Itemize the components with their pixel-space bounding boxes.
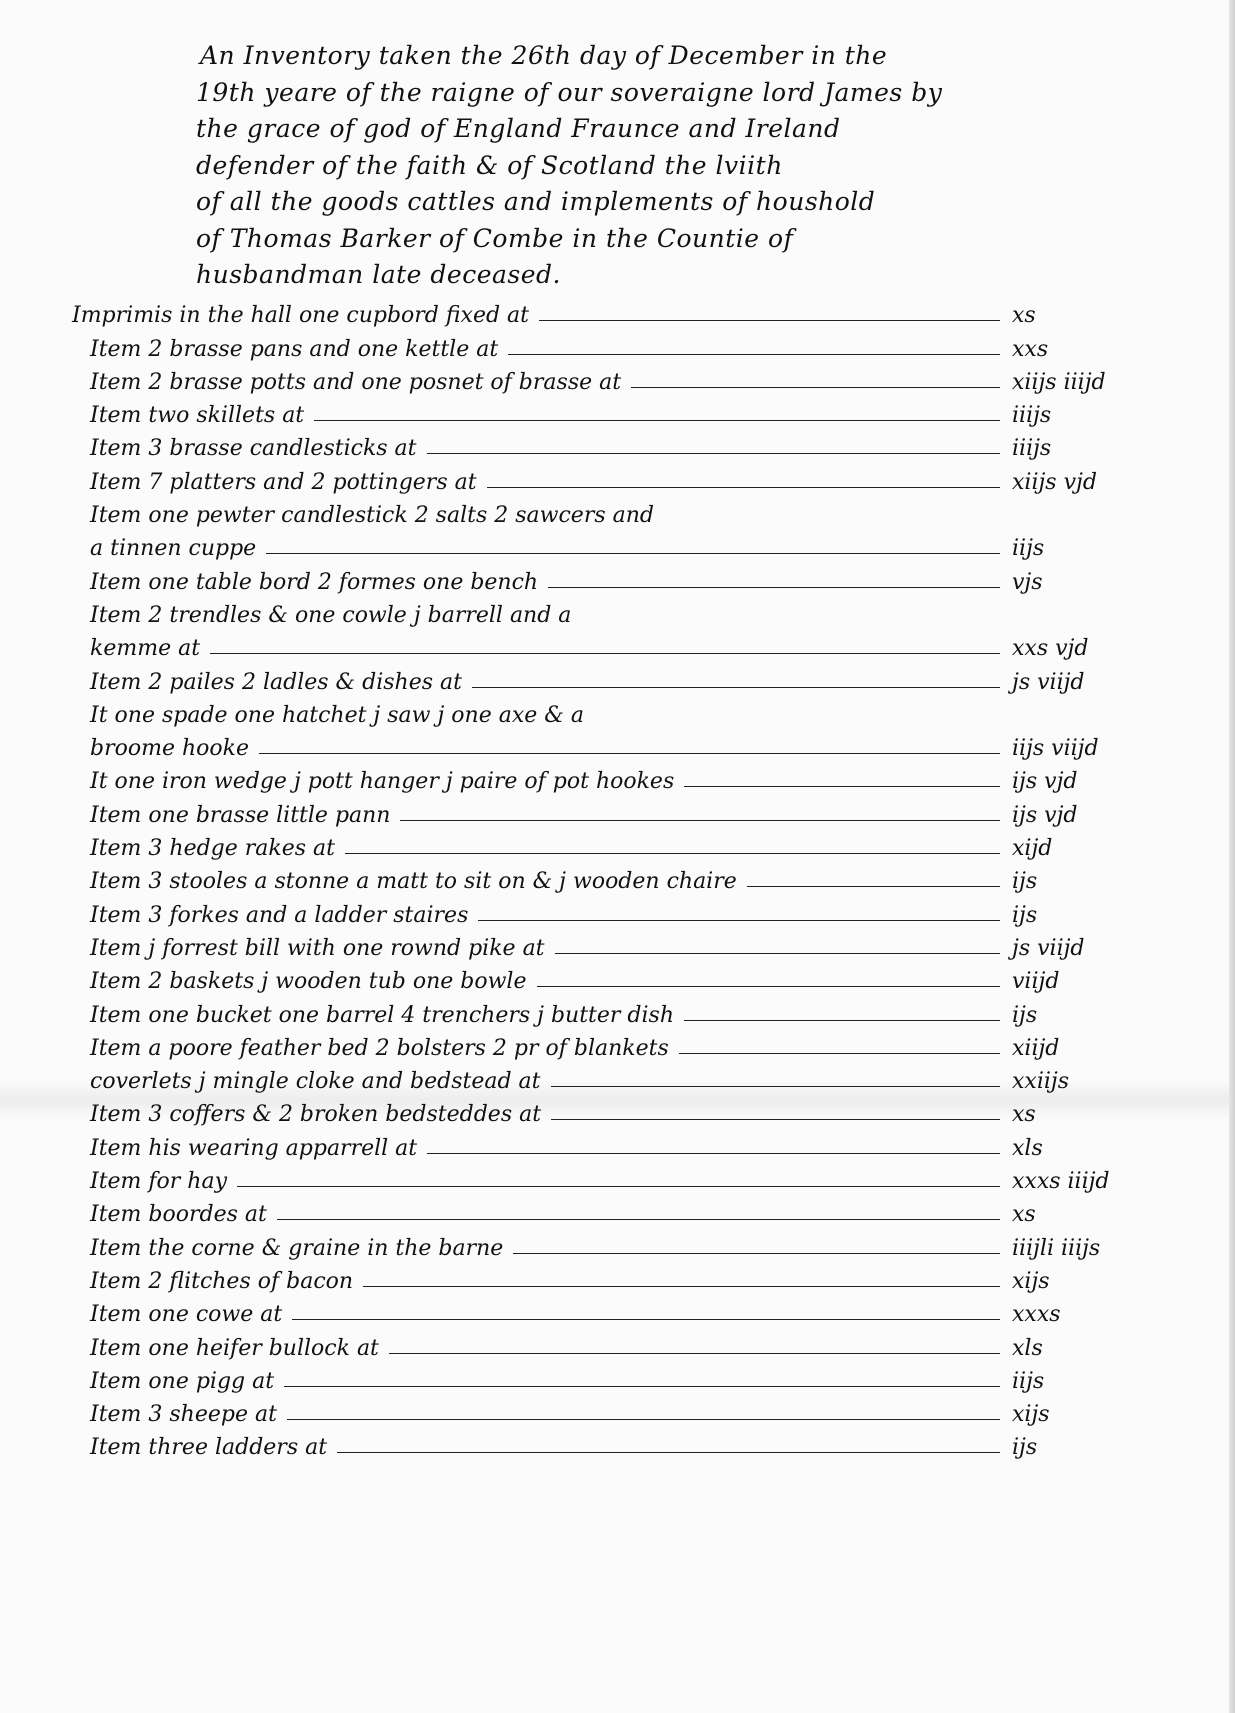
inventory-item-row: Item 2 flitches of baconxijs	[72, 1262, 1172, 1295]
inventory-item-row: Item one pigg atiijs	[72, 1362, 1172, 1395]
leader-rule	[684, 786, 1000, 787]
item-description: Item one heifer bullock at	[72, 1336, 379, 1362]
inventory-item-row: Item one bucket one barrel 4 trenchers j…	[72, 995, 1172, 1028]
item-description: Item one pewter candlestick 2 salts 2 sa…	[72, 503, 654, 529]
leader-rule	[259, 753, 1000, 754]
item-description: Item 3 stooles a stonne a matt to sit on…	[72, 869, 737, 895]
item-value: ijs	[1012, 1003, 1172, 1029]
item-description: Item for hay	[72, 1169, 227, 1195]
leader-rule	[508, 354, 1000, 355]
inventory-item-row: Item 2 trendles & one cowle j barrell an…	[72, 596, 1172, 629]
inventory-item-row: Item 3 sheepe atxijs	[72, 1395, 1172, 1428]
leader-rule	[287, 1419, 1000, 1420]
item-description: Item 2 pailes 2 ladles & dishes at	[72, 670, 462, 696]
item-description: Item 2 flitches of bacon	[72, 1269, 353, 1295]
item-value: xs	[1012, 1102, 1172, 1128]
inventory-item-row: Item the corne & graine in the barneiiij…	[72, 1228, 1172, 1261]
inventory-item-list: Imprimis in the hall one cupbord fixed a…	[72, 296, 1172, 1461]
leader-rule	[237, 1186, 1000, 1187]
leader-rule	[631, 387, 1000, 388]
inventory-item-row: a tinnen cuppeiijs	[72, 529, 1172, 562]
leader-rule	[684, 1020, 1000, 1021]
item-value: ijs vjd	[1012, 769, 1172, 795]
inventory-item-row: Item 2 pailes 2 ladles & dishes atjs vii…	[72, 662, 1172, 695]
item-value: ijs	[1012, 903, 1172, 929]
heading-line: defender of the faith & of Scotland the …	[196, 148, 1160, 185]
item-value: js viijd	[1012, 670, 1172, 696]
heading-line: An Inventory taken the 26th day of Decem…	[200, 38, 1160, 75]
heading-line: of Thomas Barker of Combe in the Countie…	[196, 221, 1160, 258]
item-description: Item j forrest bill with one rownd pike …	[72, 936, 545, 962]
item-description: Item 7 platters and 2 pottingers at	[72, 470, 477, 496]
inventory-item-row: It one spade one hatchet j saw j one axe…	[72, 696, 1172, 729]
inventory-item-row: Item 2 baskets j wooden tub one bowlevii…	[72, 962, 1172, 995]
item-value: iiijs	[1012, 403, 1172, 429]
item-description: It one iron wedge j pott hanger j paire …	[72, 769, 674, 795]
leader-rule	[513, 1253, 1000, 1254]
leader-rule	[548, 587, 1000, 588]
item-description: Item 3 coffers & 2 broken bedsteddes at	[72, 1102, 541, 1128]
item-value: ijs	[1012, 869, 1172, 895]
item-value: xls	[1012, 1336, 1172, 1362]
heading-line: the grace of god of England Fraunce and …	[196, 111, 1160, 148]
item-value: xiijs vjd	[1012, 470, 1172, 496]
inventory-item-row: Item one table bord 2 formes one benchvj…	[72, 562, 1172, 595]
item-description: Item two skillets at	[72, 403, 304, 429]
leader-rule	[389, 1353, 1000, 1354]
item-description: broome hooke	[72, 736, 249, 762]
leader-rule	[679, 1053, 1000, 1054]
leader-rule	[427, 1153, 1000, 1154]
leader-rule	[551, 1119, 1000, 1120]
heading-line: 19th yeare of the raigne of our soveraig…	[196, 75, 1160, 112]
item-value: xs	[1012, 303, 1172, 329]
inventory-item-row: Item his wearing apparrell atxls	[72, 1128, 1172, 1161]
item-value: xijs	[1012, 1269, 1172, 1295]
inventory-item-row: coverlets j mingle cloke and bedstead at…	[72, 1062, 1172, 1095]
item-description: Item a poore feather bed 2 bolsters 2 pr…	[72, 1036, 669, 1062]
item-description: Item 3 brasse candlesticks at	[72, 436, 417, 462]
inventory-item-row: Item a poore feather bed 2 bolsters 2 pr…	[72, 1029, 1172, 1062]
inventory-item-row: Item 2 brasse pans and one kettle atxxs	[72, 329, 1172, 362]
item-description: kemme at	[72, 636, 200, 662]
item-value: viijd	[1012, 969, 1172, 995]
item-description: coverlets j mingle cloke and bedstead at	[72, 1069, 541, 1095]
leader-rule	[363, 1286, 1000, 1287]
leader-rule	[487, 487, 1000, 488]
leader-rule	[210, 653, 1000, 654]
inventory-item-row: It one iron wedge j pott hanger j paire …	[72, 762, 1172, 795]
item-value: ijs vjd	[1012, 803, 1172, 829]
manuscript-page: An Inventory taken the 26th day of Decem…	[0, 0, 1235, 1713]
inventory-item-row: Item one cowe atxxxs	[72, 1295, 1172, 1328]
leader-rule	[292, 1319, 1000, 1320]
item-description: a tinnen cuppe	[72, 536, 256, 562]
inventory-item-row: Item one heifer bullock atxls	[72, 1328, 1172, 1361]
item-value: xxs	[1012, 337, 1172, 363]
item-description: Item three ladders at	[72, 1435, 327, 1461]
item-value: vjs	[1012, 570, 1172, 596]
item-description: Item 2 trendles & one cowle j barrell an…	[72, 603, 571, 629]
item-value: iijs	[1012, 1369, 1172, 1395]
leader-rule	[478, 920, 1000, 921]
item-value: js viijd	[1012, 936, 1172, 962]
item-value: iiijli iiijs	[1012, 1236, 1172, 1262]
item-description: Item one pigg at	[72, 1369, 274, 1395]
item-value: xxxs	[1012, 1302, 1172, 1328]
inventory-item-row: Item two skillets atiiijs	[72, 396, 1172, 429]
inventory-item-row: Item j forrest bill with one rownd pike …	[72, 929, 1172, 962]
inventory-heading: An Inventory taken the 26th day of Decem…	[200, 38, 1160, 294]
inventory-item-row: Item 3 stooles a stonne a matt to sit on…	[72, 862, 1172, 895]
inventory-item-row: kemme atxxs vjd	[72, 629, 1172, 662]
inventory-item-row: Imprimis in the hall one cupbord fixed a…	[72, 296, 1172, 329]
inventory-item-row: Item one pewter candlestick 2 salts 2 sa…	[72, 496, 1172, 529]
item-description: Item 3 hedge rakes at	[72, 836, 335, 862]
item-value: xls	[1012, 1136, 1172, 1162]
item-description: Item the corne & graine in the barne	[72, 1236, 503, 1262]
item-value: iiijs	[1012, 436, 1172, 462]
item-description: Item 3 forkes and a ladder staires	[72, 903, 468, 929]
inventory-item-row: Item 3 forkes and a ladder stairesijs	[72, 895, 1172, 928]
item-description: Item one brasse little pann	[72, 803, 390, 829]
item-description: It one spade one hatchet j saw j one axe…	[72, 703, 584, 729]
inventory-item-row: Item 3 brasse candlesticks atiiijs	[72, 429, 1172, 462]
item-value: xxs vjd	[1012, 636, 1172, 662]
inventory-item-row: Item 3 hedge rakes atxijd	[72, 829, 1172, 862]
inventory-item-row: Item one brasse little pannijs vjd	[72, 795, 1172, 828]
heading-line: of all the goods cattles and implements …	[196, 184, 1160, 221]
inventory-item-row: Item 3 coffers & 2 broken bedsteddes atx…	[72, 1095, 1172, 1128]
leader-rule	[284, 1386, 1000, 1387]
item-description: Item boordes at	[72, 1202, 267, 1228]
heading-line: husbandman late deceased.	[196, 257, 1160, 294]
leader-rule	[266, 553, 1000, 554]
inventory-item-row: broome hookeiijs viijd	[72, 729, 1172, 762]
item-description: Item 2 brasse pans and one kettle at	[72, 337, 498, 363]
item-description: Item one bucket one barrel 4 trenchers j…	[72, 1003, 674, 1029]
leader-rule	[400, 820, 1000, 821]
item-description: Item 3 sheepe at	[72, 1402, 277, 1428]
leader-rule	[314, 420, 1000, 421]
item-value: xiijd	[1012, 1036, 1172, 1062]
item-description: Item his wearing apparrell at	[72, 1136, 417, 1162]
item-description: Item 2 brasse potts and one posnet of br…	[72, 370, 621, 396]
leader-rule	[747, 886, 1000, 887]
item-value: xs	[1012, 1202, 1172, 1228]
item-value: ijs	[1012, 1435, 1172, 1461]
leader-rule	[537, 986, 1001, 987]
leader-rule	[277, 1219, 1000, 1220]
item-value: iijs viijd	[1012, 736, 1172, 762]
item-description: Item 2 baskets j wooden tub one bowle	[72, 969, 527, 995]
item-value: xxxs iiijd	[1012, 1169, 1172, 1195]
item-value: xiijs iiijd	[1012, 370, 1172, 396]
inventory-item-row: Item 2 brasse potts and one posnet of br…	[72, 363, 1172, 396]
leader-rule	[345, 853, 1000, 854]
leader-rule	[427, 453, 1000, 454]
inventory-item-row: Item for hayxxxs iiijd	[72, 1162, 1172, 1195]
item-value: iijs	[1012, 536, 1172, 562]
paper-edge	[1229, 0, 1235, 1713]
inventory-item-row: Item boordes atxs	[72, 1195, 1172, 1228]
item-value: xijs	[1012, 1402, 1172, 1428]
item-description: Item one cowe at	[72, 1302, 282, 1328]
item-value: xijd	[1012, 836, 1172, 862]
item-value: xxiijs	[1012, 1069, 1172, 1095]
inventory-item-row: Item three ladders atijs	[72, 1428, 1172, 1461]
leader-rule	[539, 320, 1000, 321]
inventory-item-row: Item 7 platters and 2 pottingers atxiijs…	[72, 462, 1172, 495]
item-description: Item one table bord 2 formes one bench	[72, 570, 538, 596]
leader-rule	[555, 953, 1000, 954]
leader-rule	[472, 687, 1000, 688]
item-description: Imprimis in the hall one cupbord fixed a…	[72, 303, 529, 329]
leader-rule	[551, 1086, 1000, 1087]
leader-rule	[337, 1452, 1000, 1453]
